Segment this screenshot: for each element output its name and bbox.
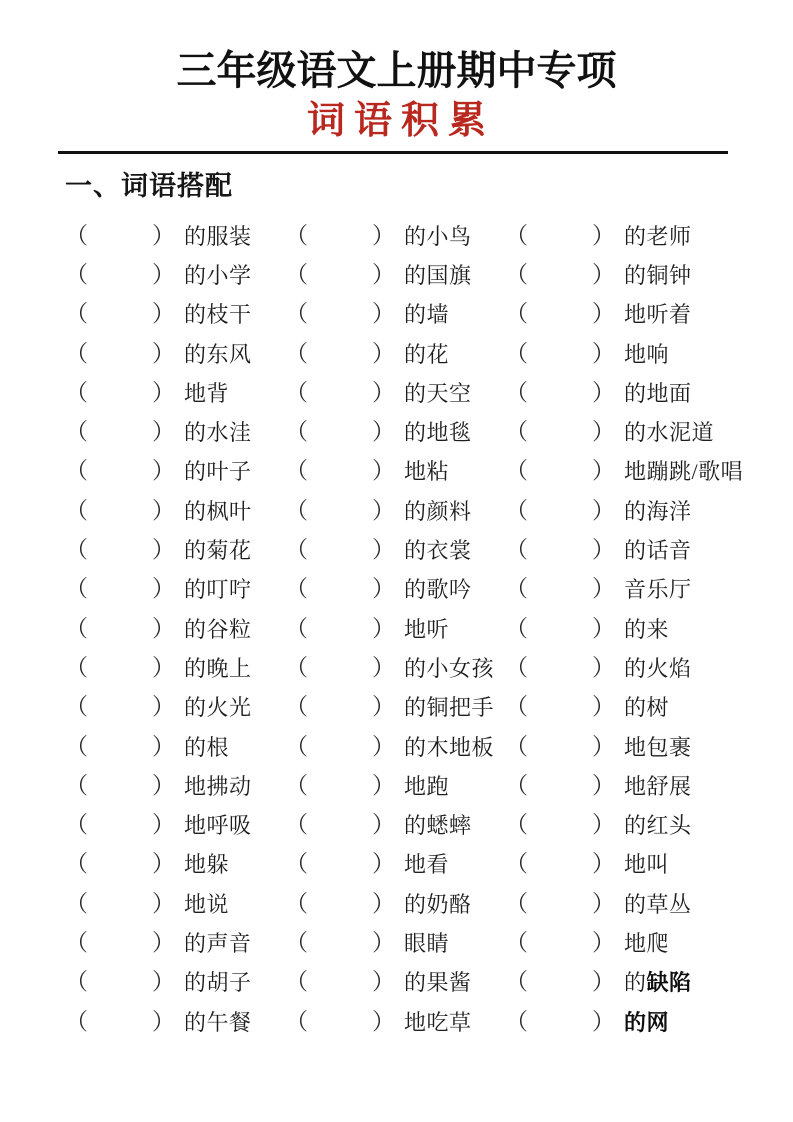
paren-close: ） [592, 538, 615, 561]
paren-close: ） [152, 931, 175, 954]
word-item: （）的铜钟 [505, 255, 743, 294]
answer-blank [88, 667, 152, 668]
word-phrase: 的小女孩 [404, 652, 494, 683]
paren-close: ） [372, 499, 395, 522]
answer-blank [308, 824, 372, 825]
paren-open: （ [285, 420, 308, 443]
word-item: （）的红头 [505, 805, 743, 844]
word-item: （）地听 [285, 608, 505, 647]
answer-blank [308, 863, 372, 864]
paren-close: ） [372, 892, 395, 915]
answer-blank [88, 392, 152, 393]
paren-close: ） [372, 342, 395, 365]
word-item: （）的小鸟 [285, 216, 505, 255]
answer-blank [308, 667, 372, 668]
paren-open: （ [505, 381, 528, 404]
paren-open: （ [505, 656, 528, 679]
word-phrase: 的水泥道 [624, 416, 714, 447]
page-subtitle: 词语积累 [65, 102, 728, 140]
paren-open: （ [65, 577, 88, 600]
paren-open: （ [65, 263, 88, 286]
paren-open: （ [285, 852, 308, 875]
worksheet-page: 三年级语文上册期中专项 词语积累 一、词语搭配 （）的服装（）的小鸟（）的老师（… [0, 0, 793, 1122]
paren-open: （ [505, 735, 528, 758]
answer-blank [88, 1021, 152, 1022]
word-phrase: 地叫 [624, 848, 669, 879]
page-title: 三年级语文上册期中专项 [65, 50, 728, 92]
answer-blank [88, 863, 152, 864]
word-item: （）的缺陷 [505, 962, 743, 1001]
paren-open: （ [65, 735, 88, 758]
word-phrase: 的歌吟 [404, 573, 472, 604]
answer-blank [88, 628, 152, 629]
word-phrase: 的老师 [624, 220, 692, 251]
word-phrase: 的奶酪 [404, 888, 472, 919]
word-item: （）眼睛 [285, 923, 505, 962]
word-item: （）的小女孩 [285, 648, 505, 687]
word-item: （）的谷粒 [65, 608, 285, 647]
word-item: （）的地面 [505, 373, 743, 412]
word-item: （）的海洋 [505, 491, 743, 530]
paren-open: （ [505, 813, 528, 836]
paren-open: （ [285, 263, 308, 286]
paren-close: ） [592, 656, 615, 679]
paren-open: （ [65, 774, 88, 797]
paren-open: （ [285, 538, 308, 561]
word-matching-grid: （）的服装（）的小鸟（）的老师（）的小学（）的国旗（）的铜钟（）的枝干（）的墙（… [65, 216, 728, 1041]
word-phrase: 的叮咛 [184, 573, 252, 604]
answer-blank [308, 392, 372, 393]
word-item: （）地呼吸 [65, 805, 285, 844]
word-phrase: 地说 [184, 888, 229, 919]
word-item: （）地说 [65, 884, 285, 923]
word-phrase: 的东风 [184, 338, 252, 369]
paren-open: （ [505, 538, 528, 561]
answer-blank [88, 981, 152, 982]
paren-close: ） [152, 813, 175, 836]
word-item: （）的果酱 [285, 962, 505, 1001]
word-item: （）的声音 [65, 923, 285, 962]
paren-open: （ [65, 381, 88, 404]
paren-open: （ [285, 892, 308, 915]
paren-close: ） [152, 892, 175, 915]
word-phrase: 的声音 [184, 927, 252, 958]
answer-blank [308, 785, 372, 786]
word-item: （）地包裹 [505, 726, 743, 765]
paren-open: （ [285, 970, 308, 993]
paren-open: （ [285, 342, 308, 365]
paren-open: （ [65, 892, 88, 915]
paren-close: ） [372, 420, 395, 443]
paren-close: ） [372, 774, 395, 797]
answer-blank [88, 903, 152, 904]
paren-close: ） [592, 813, 615, 836]
answer-blank [308, 746, 372, 747]
answer-blank [88, 353, 152, 354]
answer-blank [308, 470, 372, 471]
paren-close: ） [152, 577, 175, 600]
divider-rule [58, 151, 728, 154]
paren-close: ） [592, 970, 615, 993]
answer-blank [308, 1021, 372, 1022]
word-item: （）的老师 [505, 216, 743, 255]
paren-open: （ [65, 420, 88, 443]
paren-open: （ [285, 617, 308, 640]
paren-close: ） [372, 852, 395, 875]
word-item: （）的天空 [285, 373, 505, 412]
paren-close: ） [592, 617, 615, 640]
paren-close: ） [592, 774, 615, 797]
word-phrase: 音乐厅 [624, 573, 692, 604]
word-item: （）的东风 [65, 333, 285, 372]
word-phrase: 的果酱 [404, 966, 472, 997]
word-item: （）地背 [65, 373, 285, 412]
word-phrase: 的树 [624, 691, 669, 722]
word-phrase: 地背 [184, 377, 229, 408]
answer-blank [88, 588, 152, 589]
word-phrase: 地听 [404, 613, 449, 644]
paren-close: ） [592, 342, 615, 365]
answer-blank [528, 431, 592, 432]
answer-blank [528, 392, 592, 393]
word-phrase: 地跑 [404, 770, 449, 801]
word-phrase: 地呼吸 [184, 809, 252, 840]
word-phrase: 的晚上 [184, 652, 252, 683]
word-phrase: 地爬 [624, 927, 669, 958]
answer-blank [308, 628, 372, 629]
word-phrase: 的国旗 [404, 259, 472, 290]
word-phrase: 的火光 [184, 691, 252, 722]
word-item: （）地叫 [505, 844, 743, 883]
word-item: （）地舒展 [505, 766, 743, 805]
word-phrase: 地拂动 [184, 770, 252, 801]
paren-open: （ [505, 420, 528, 443]
word-phrase: 的枝干 [184, 298, 252, 329]
word-item: （）的地毯 [285, 412, 505, 451]
answer-blank [528, 824, 592, 825]
paren-close: ） [152, 970, 175, 993]
word-item: （）的网 [505, 1001, 743, 1040]
paren-close: ） [152, 538, 175, 561]
paren-open: （ [65, 695, 88, 718]
paren-close: ） [592, 892, 615, 915]
paren-close: ） [152, 695, 175, 718]
paren-close: ） [152, 459, 175, 482]
paren-close: ） [592, 1010, 615, 1033]
paren-close: ） [592, 852, 615, 875]
word-phrase: 的地面 [624, 377, 692, 408]
paren-close: ） [372, 735, 395, 758]
answer-blank [88, 510, 152, 511]
answer-blank [528, 981, 592, 982]
paren-close: ） [372, 970, 395, 993]
word-item: （）的颜料 [285, 491, 505, 530]
paren-close: ） [372, 224, 395, 247]
answer-blank [308, 353, 372, 354]
word-phrase: 眼睛 [404, 927, 449, 958]
word-item: （）的根 [65, 726, 285, 765]
answer-blank [308, 903, 372, 904]
paren-open: （ [285, 695, 308, 718]
answer-blank [88, 313, 152, 314]
answer-blank [528, 274, 592, 275]
answer-blank [88, 785, 152, 786]
paren-open: （ [65, 342, 88, 365]
paren-open: （ [65, 1010, 88, 1033]
answer-blank [88, 549, 152, 550]
answer-blank [308, 549, 372, 550]
word-phrase: 的午餐 [184, 1006, 252, 1037]
paren-open: （ [285, 577, 308, 600]
answer-blank [88, 942, 152, 943]
word-item: （）地粘 [285, 451, 505, 490]
word-phrase: 地包裹 [624, 731, 692, 762]
paren-close: ） [592, 381, 615, 404]
answer-blank [308, 431, 372, 432]
word-item: （）地吃草 [285, 1001, 505, 1040]
paren-open: （ [65, 538, 88, 561]
paren-open: （ [505, 695, 528, 718]
word-phrase: 地响 [624, 338, 669, 369]
paren-open: （ [505, 263, 528, 286]
word-phrase: 地舒展 [624, 770, 692, 801]
paren-open: （ [505, 892, 528, 915]
paren-close: ） [152, 420, 175, 443]
paren-close: ） [372, 381, 395, 404]
word-phrase: 的服装 [184, 220, 252, 251]
word-phrase: 地看 [404, 848, 449, 879]
answer-blank [528, 510, 592, 511]
word-phrase: 的衣裳 [404, 534, 472, 565]
word-item: （）地躲 [65, 844, 285, 883]
paren-open: （ [65, 852, 88, 875]
word-item: （）的叶子 [65, 451, 285, 490]
paren-close: ） [152, 499, 175, 522]
word-item: （）的胡子 [65, 962, 285, 1001]
paren-close: ） [592, 420, 615, 443]
paren-open: （ [505, 459, 528, 482]
word-item: （）的草丛 [505, 884, 743, 923]
word-item: （）的水洼 [65, 412, 285, 451]
word-phrase: 地躲 [184, 848, 229, 879]
word-item: （）的叮咛 [65, 569, 285, 608]
paren-open: （ [285, 302, 308, 325]
answer-blank [308, 942, 372, 943]
paren-open: （ [285, 1010, 308, 1033]
paren-open: （ [285, 459, 308, 482]
word-item: （）的水泥道 [505, 412, 743, 451]
paren-open: （ [65, 302, 88, 325]
paren-close: ） [152, 1010, 175, 1033]
paren-open: （ [505, 931, 528, 954]
answer-blank [308, 235, 372, 236]
word-item: （）地听着 [505, 294, 743, 333]
word-item: （）的菊花 [65, 530, 285, 569]
answer-blank [528, 706, 592, 707]
paren-close: ） [152, 381, 175, 404]
word-item: （）的歌吟 [285, 569, 505, 608]
answer-blank [88, 824, 152, 825]
answer-blank [528, 588, 592, 589]
word-phrase: 的火焰 [624, 652, 692, 683]
answer-blank [528, 1021, 592, 1022]
word-item: （）地拂动 [65, 766, 285, 805]
answer-blank [528, 785, 592, 786]
paren-close: ） [592, 695, 615, 718]
paren-close: ） [372, 538, 395, 561]
word-item: （）地爬 [505, 923, 743, 962]
paren-close: ） [152, 224, 175, 247]
paren-close: ） [372, 656, 395, 679]
word-item: （）的服装 [65, 216, 285, 255]
paren-open: （ [285, 381, 308, 404]
answer-blank [308, 588, 372, 589]
paren-open: （ [505, 617, 528, 640]
word-item: （）的花 [285, 333, 505, 372]
paren-close: ） [152, 656, 175, 679]
paren-close: ） [372, 1010, 395, 1033]
paren-open: （ [65, 813, 88, 836]
word-phrase: 的天空 [404, 377, 472, 408]
word-item: （）的国旗 [285, 255, 505, 294]
paren-open: （ [65, 617, 88, 640]
answer-blank [88, 746, 152, 747]
word-item: （）的墙 [285, 294, 505, 333]
paren-close: ） [372, 931, 395, 954]
paren-close: ） [592, 224, 615, 247]
word-phrase: 的花 [404, 338, 449, 369]
answer-blank [308, 274, 372, 275]
word-phrase: 地吃草 [404, 1006, 472, 1037]
paren-close: ） [592, 459, 615, 482]
paren-open: （ [505, 302, 528, 325]
paren-open: （ [285, 931, 308, 954]
word-phrase: 的铜把手 [404, 691, 494, 722]
paren-open: （ [505, 342, 528, 365]
paren-open: （ [65, 499, 88, 522]
paren-open: （ [285, 813, 308, 836]
answer-blank [88, 235, 152, 236]
word-item: （）的来 [505, 608, 743, 647]
paren-open: （ [65, 931, 88, 954]
word-phrase: 的海洋 [624, 495, 692, 526]
answer-blank [528, 863, 592, 864]
paren-open: （ [505, 774, 528, 797]
paren-close: ） [152, 342, 175, 365]
word-item: （）地看 [285, 844, 505, 883]
paren-close: ） [592, 499, 615, 522]
word-item: （）的火焰 [505, 648, 743, 687]
answer-blank [528, 549, 592, 550]
word-item: （）的枝干 [65, 294, 285, 333]
word-phrase: 的话音 [624, 534, 692, 565]
word-item: （）的午餐 [65, 1001, 285, 1040]
word-item: （）的晚上 [65, 648, 285, 687]
word-item: （）地响 [505, 333, 743, 372]
answer-blank [528, 628, 592, 629]
paren-close: ） [152, 302, 175, 325]
word-phrase: 的木地板 [404, 731, 494, 762]
answer-blank [528, 746, 592, 747]
word-phrase: 的枫叶 [184, 495, 252, 526]
paren-close: ） [592, 931, 615, 954]
word-phrase: 的缺陷 [624, 966, 692, 997]
word-item: （）的铜把手 [285, 687, 505, 726]
paren-close: ） [372, 577, 395, 600]
answer-blank [528, 667, 592, 668]
paren-open: （ [505, 577, 528, 600]
paren-close: ） [152, 617, 175, 640]
paren-open: （ [285, 499, 308, 522]
word-phrase: 的地毯 [404, 416, 472, 447]
word-phrase: 的小学 [184, 259, 252, 290]
answer-blank [308, 313, 372, 314]
answer-blank [528, 942, 592, 943]
paren-close: ） [372, 617, 395, 640]
word-item: （）的木地板 [285, 726, 505, 765]
paren-close: ） [152, 852, 175, 875]
answer-blank [528, 235, 592, 236]
word-phrase: 的红头 [624, 809, 692, 840]
word-item: （）的枫叶 [65, 491, 285, 530]
paren-close: ） [372, 459, 395, 482]
word-phrase: 的蟋蟀 [404, 809, 472, 840]
paren-open: （ [285, 735, 308, 758]
answer-blank [308, 706, 372, 707]
paren-close: ） [372, 813, 395, 836]
answer-blank [528, 470, 592, 471]
answer-blank [88, 274, 152, 275]
word-phrase: 地听着 [624, 298, 692, 329]
word-item: （）地跑 [285, 766, 505, 805]
paren-open: （ [505, 499, 528, 522]
paren-close: ） [372, 302, 395, 325]
paren-close: ） [152, 735, 175, 758]
answer-blank [528, 903, 592, 904]
paren-open: （ [285, 656, 308, 679]
paren-open: （ [505, 224, 528, 247]
word-phrase: 的铜钟 [624, 259, 692, 290]
word-phrase: 的颜料 [404, 495, 472, 526]
paren-close: ） [152, 774, 175, 797]
paren-open: （ [505, 1010, 528, 1033]
paren-close: ） [592, 263, 615, 286]
word-phrase: 的叶子 [184, 455, 252, 486]
answer-blank [88, 431, 152, 432]
answer-blank [308, 510, 372, 511]
word-item: （）的衣裳 [285, 530, 505, 569]
answer-blank [308, 981, 372, 982]
paren-open: （ [505, 970, 528, 993]
word-item: （）的蟋蟀 [285, 805, 505, 844]
word-item: （）的小学 [65, 255, 285, 294]
paren-open: （ [65, 459, 88, 482]
word-phrase: 的根 [184, 731, 229, 762]
word-item: （）地蹦跳/歌唱 [505, 451, 743, 490]
paren-open: （ [65, 970, 88, 993]
word-item: （）的奶酪 [285, 884, 505, 923]
word-phrase: 的草丛 [624, 888, 692, 919]
paren-close: ） [152, 263, 175, 286]
word-phrase: 的来 [624, 613, 669, 644]
paren-open: （ [65, 656, 88, 679]
word-phrase: 的墙 [404, 298, 449, 329]
word-phrase: 的谷粒 [184, 613, 252, 644]
word-phrase: 的小鸟 [404, 220, 472, 251]
paren-open: （ [285, 224, 308, 247]
word-item: （）的树 [505, 687, 743, 726]
word-phrase: 的胡子 [184, 966, 252, 997]
